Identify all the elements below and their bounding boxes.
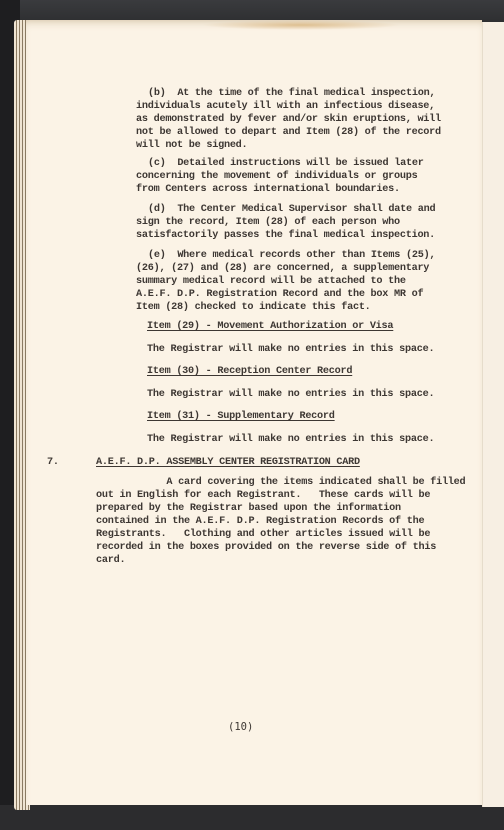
paragraph-line: individuals acutely ill with an infectio…	[136, 100, 435, 113]
paragraph-line: Item (28) checked to indicate this fact.	[136, 301, 371, 314]
item-heading: Item (31) - Supplementary Record	[147, 410, 335, 423]
item-heading: Item (29) - Movement Authorization or Vi…	[147, 320, 393, 333]
paragraph-line: A.E.F. D.P. Registration Record and the …	[136, 288, 423, 301]
section-heading: A.E.F. D.P. ASSEMBLY CENTER REGISTRATION…	[96, 456, 360, 469]
item-body: The Registrar will make no entries in th…	[147, 343, 434, 356]
paragraph-line: A card covering the items indicated shal…	[96, 476, 465, 489]
page-number: (10)	[228, 721, 253, 733]
paragraph-line: summary medical record will be attached …	[136, 275, 406, 288]
paragraph-line: concerning the movement of individuals o…	[136, 170, 417, 183]
paragraph-line: not be allowed to depart and Item (28) o…	[136, 126, 441, 139]
paragraph-line: (e) Where medical records other than Ite…	[148, 249, 435, 262]
paragraph-line: (c) Detailed instructions will be issued…	[148, 157, 424, 170]
paragraph-line: (26), (27) and (28) are concerned, a sup…	[136, 262, 429, 275]
paragraph-line: (d) The Center Medical Supervisor shall …	[148, 203, 435, 216]
item-body: The Registrar will make no entries in th…	[147, 433, 434, 446]
paragraph-line: contained in the A.E.F. D.P. Registratio…	[96, 515, 424, 528]
paragraph-line: out in English for each Registrant. Thes…	[96, 489, 430, 502]
paragraph-line: card.	[96, 554, 125, 567]
item-body: The Registrar will make no entries in th…	[147, 388, 434, 401]
paragraph-line: recorded in the boxes provided on the re…	[96, 541, 436, 554]
paper-stain	[201, 20, 401, 30]
facing-page-edge	[482, 22, 504, 807]
paragraph-line: from Centers across international bounda…	[136, 183, 400, 196]
document-page: (b) At the time of the final medical ins…	[26, 20, 482, 805]
background-bottom	[0, 805, 504, 830]
paragraph-line: prepared by the Registrar based upon the…	[96, 502, 401, 515]
section-number: 7.	[47, 456, 59, 469]
paragraph-line: as demonstrated by fever and/or skin eru…	[136, 113, 441, 126]
background-top	[0, 0, 504, 22]
paragraph-line: (b) At the time of the final medical ins…	[148, 87, 435, 100]
paragraph-line: will not be signed.	[136, 139, 247, 152]
paragraph-line: satisfactorily passes the final medical …	[136, 229, 435, 242]
paragraph-line: Registrants. Clothing and other articles…	[96, 528, 430, 541]
item-heading: Item (30) - Reception Center Record	[147, 365, 352, 378]
paragraph-line: sign the record, Item (28) of each perso…	[136, 216, 400, 229]
